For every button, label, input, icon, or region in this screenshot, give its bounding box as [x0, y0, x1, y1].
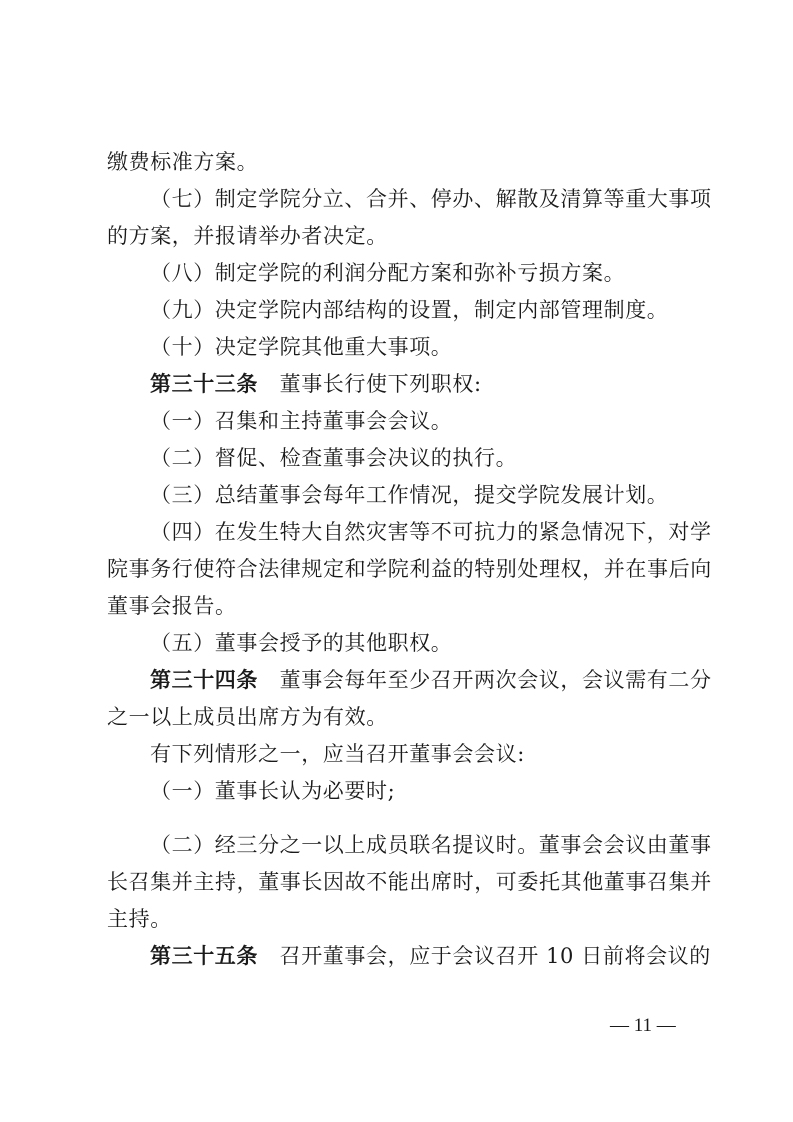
article-35-line: 第三十五条 召开董事会，应于会议召开 10 日前将会议的: [150, 944, 699, 968]
article-text: 召开董事会，应于会议召开 10 日前将会议的: [280, 944, 711, 968]
paragraph-line: 长召集并主持，董事长因故不能出席时，可委托其他董事召集并: [107, 870, 699, 894]
paragraph-line: （十）决定学院其他重大事项。: [150, 335, 699, 359]
paragraph-line: （一）董事长认为必要时;: [150, 779, 699, 803]
paragraph-line: 之一以上成员出席方为有效。: [107, 705, 699, 729]
page-number: — 11 —: [610, 1015, 676, 1037]
article-33-line: 第三十三条 董事长行使下列职权:: [150, 372, 699, 396]
paragraph-line: （七）制定学院分立、合并、停办、解散及清算等重大事项: [150, 187, 699, 211]
article-text: 董事会每年至少召开两次会议，会议需有二分: [280, 668, 712, 692]
article-text: 董事长行使下列职权:: [280, 372, 482, 396]
paragraph-line: （五）董事会授予的其他职权。: [150, 631, 699, 655]
article-heading: 第三十五条: [150, 944, 258, 968]
paragraph-line: （八）制定学院的利润分配方案和弥补亏损方案。: [150, 261, 699, 285]
article-heading: 第三十四条: [150, 668, 258, 692]
paragraph-line: （三）总结董事会每年工作情况，提交学院发展计划。: [150, 483, 699, 507]
paragraph-line: 的方案，并报请举办者决定。: [107, 224, 699, 248]
article-heading: 第三十三条: [150, 372, 258, 396]
paragraph-line: 董事会报告。: [107, 594, 699, 618]
article-34-line: 第三十四条 董事会每年至少召开两次会议，会议需有二分: [150, 668, 699, 692]
paragraph-line: 主持。: [107, 907, 699, 931]
paragraph-line: （二）督促、检查董事会决议的执行。: [150, 446, 699, 470]
paragraph-line: （四）在发生特大自然灾害等不可抗力的紧急情况下，对学: [150, 520, 699, 544]
paragraph-line: 缴费标准方案。: [107, 150, 699, 174]
paragraph-line: （二）经三分之一以上成员联名提议时。董事会会议由董事: [150, 833, 699, 857]
paragraph-line: 有下列情形之一，应当召开董事会会议:: [150, 742, 699, 766]
document-page: 缴费标准方案。 （七）制定学院分立、合并、停办、解散及清算等重大事项 的方案，并…: [0, 0, 793, 1122]
paragraph-line: （九）决定学院内部结构的设置，制定内部管理制度。: [150, 298, 699, 322]
paragraph-line: 院事务行使符合法律规定和学院利益的特别处理权，并在事后向: [107, 557, 699, 581]
paragraph-line: （一）召集和主持董事会会议。: [150, 409, 699, 433]
